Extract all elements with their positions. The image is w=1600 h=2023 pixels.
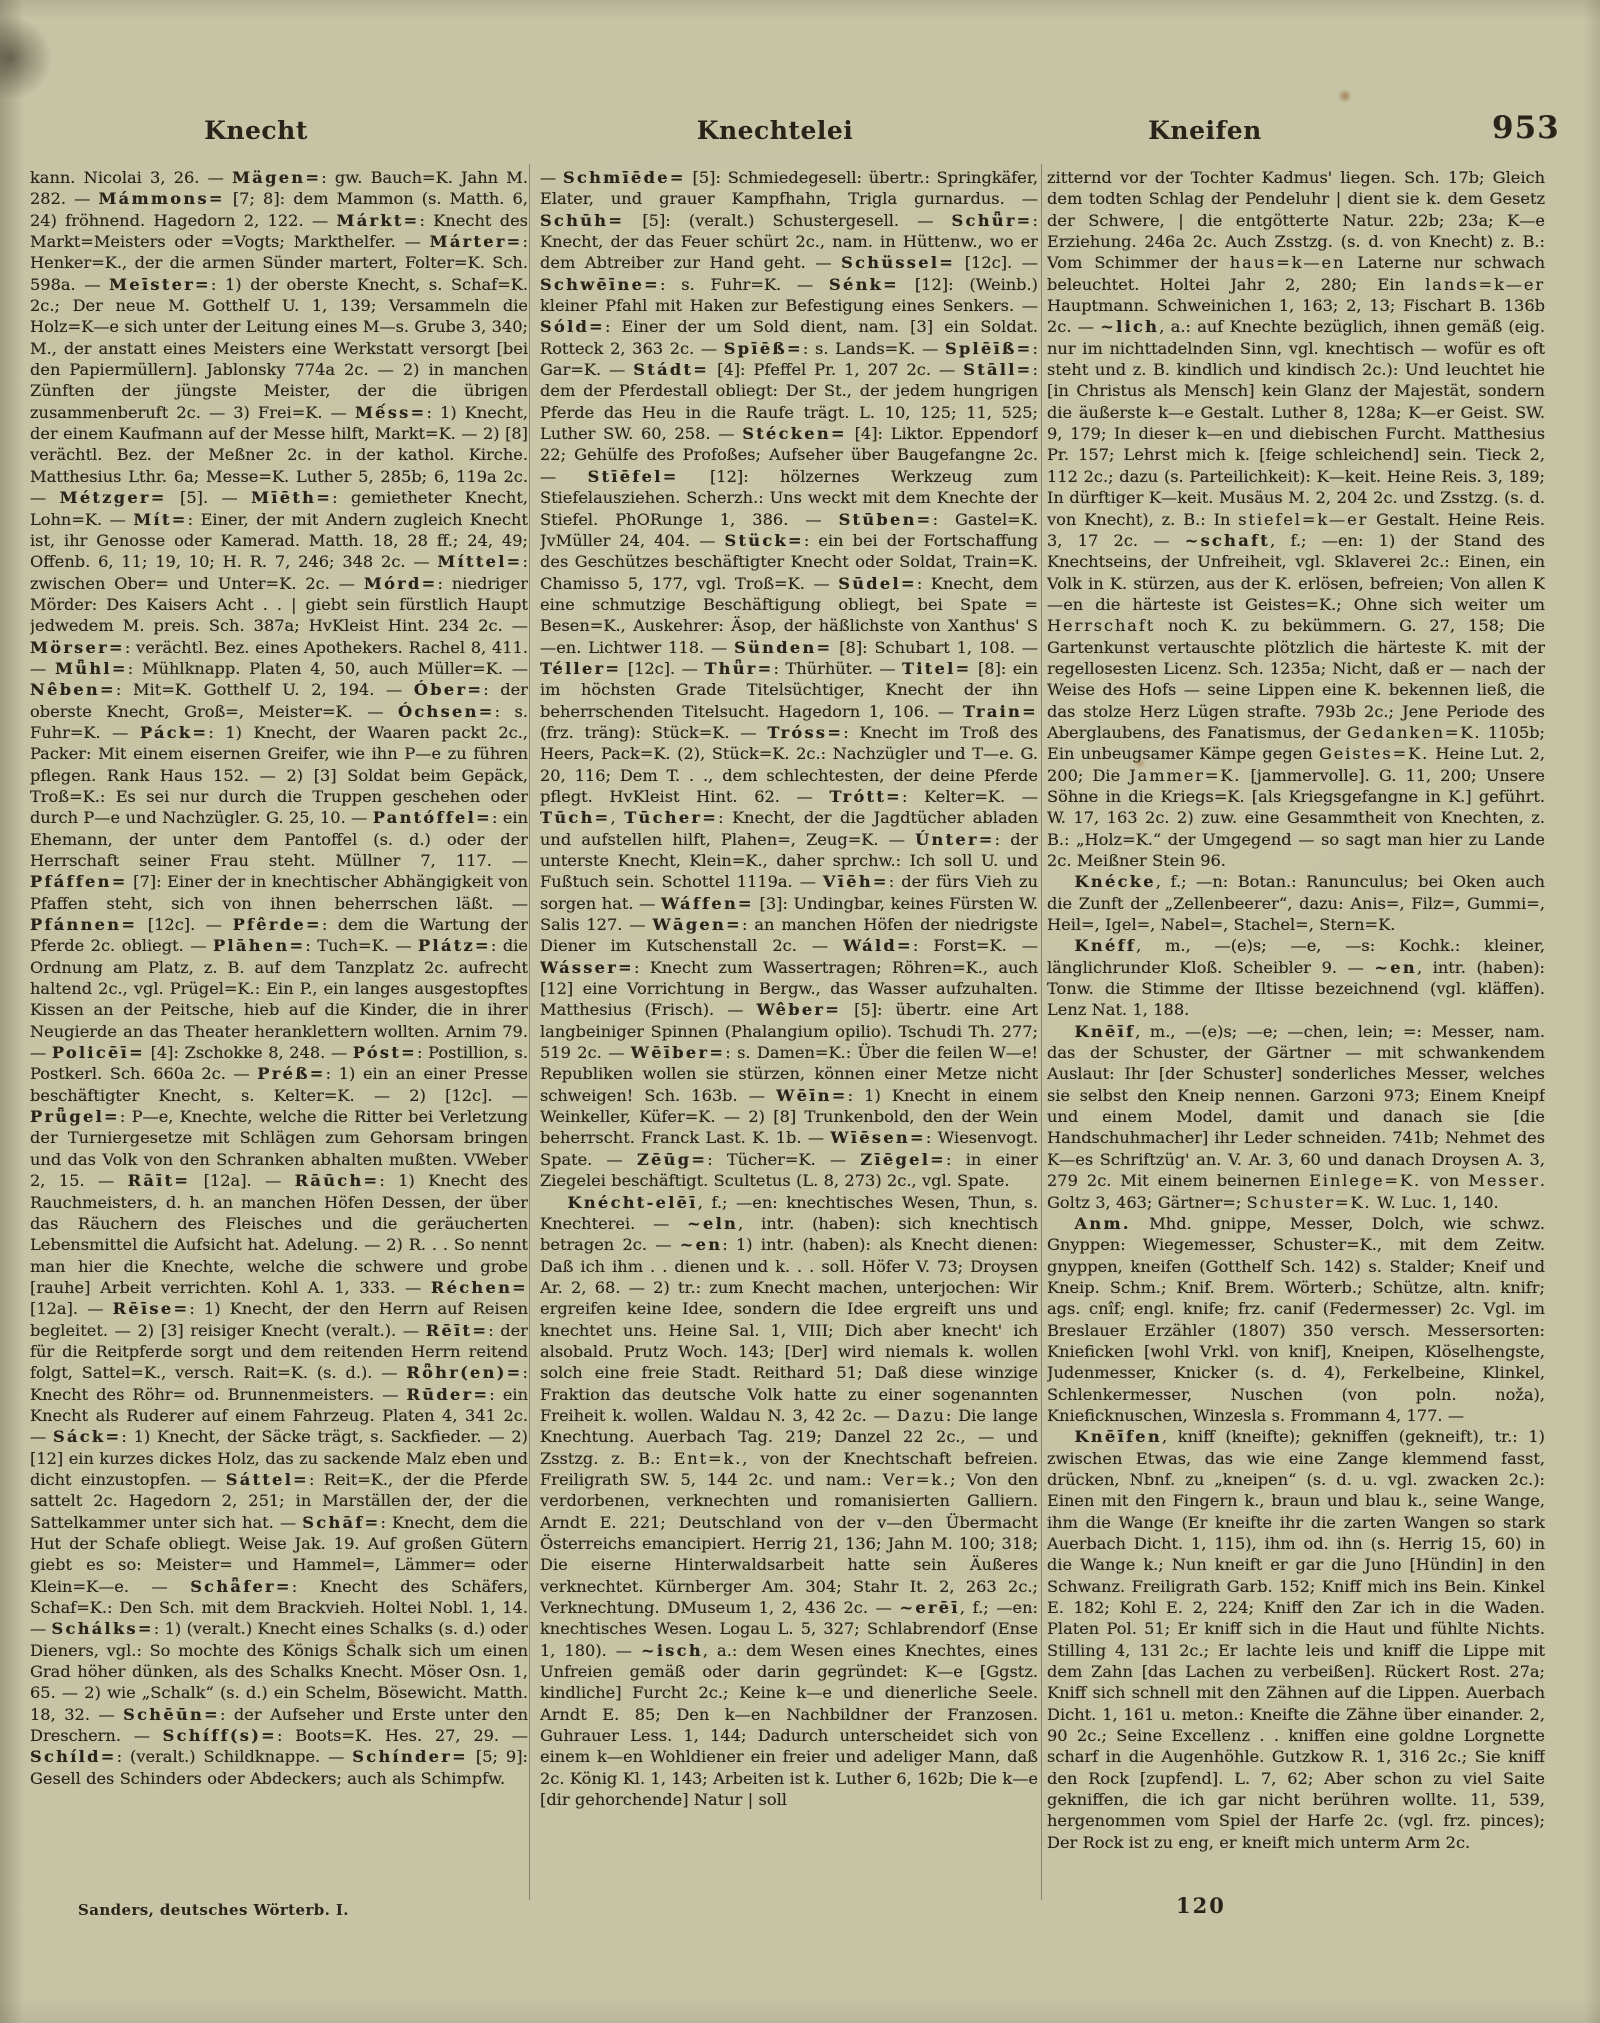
entry-headword: Schǟfer=: [190, 1577, 292, 1596]
entry-headword: Sénk=: [829, 275, 899, 294]
spaced-text: Geistes=K.: [1319, 744, 1429, 763]
entry-headword: Schǖr=: [952, 211, 1033, 230]
entry-headword: Stāll=: [963, 360, 1032, 379]
entry-headword: Mörser=: [30, 638, 125, 657]
entry-headword: Thǖr=: [704, 659, 773, 678]
entry-headword: Knēīfen: [1075, 1427, 1162, 1446]
entry-headword: Míttel=: [437, 552, 522, 571]
entry-headword: ~lich: [1100, 317, 1159, 336]
entry-headword: ~erēī: [900, 1598, 960, 1617]
entry-headword: ~isch: [641, 1641, 703, 1660]
dictionary-paragraph: Knécht-elēī, f.; —en: knechtisches Wesen…: [540, 1192, 1038, 1811]
entry-headword: Knéff: [1075, 936, 1137, 955]
entry-headword: Stīēfel=: [588, 467, 679, 486]
sheet-signature-number: 120: [1176, 1893, 1226, 1918]
entry-headword: Knécke: [1075, 872, 1156, 891]
entry-headword: Vīēh=: [823, 872, 889, 891]
entry-headword: Páck=: [140, 723, 208, 742]
entry-headword: ~en: [1374, 958, 1417, 977]
entry-headword: Schínder=: [352, 1747, 468, 1766]
entry-headword: Márkt=: [337, 211, 420, 230]
entry-headword: Wêber=: [756, 1000, 841, 1019]
entry-headword: Knēīf: [1075, 1022, 1136, 1041]
entry-headword: Wīēsen=: [830, 1128, 925, 1147]
dictionary-paragraph: Knēīfen, kniff (kneifte); gekniffen (gek…: [1047, 1426, 1545, 1853]
entry-headword: Óber=: [414, 680, 483, 699]
entry-headword: Schmīēde=: [563, 168, 686, 187]
entry-headword: Rūder=: [407, 1385, 490, 1404]
entry-headword: Rāīt=: [128, 1171, 191, 1190]
entry-headword: Nêben=: [30, 680, 116, 699]
entry-headword: Mámmons=: [98, 189, 224, 208]
entry-headword: Tūch=: [540, 808, 611, 827]
dictionary-paragraph: zitternd vor der Tochter Kadmus' liegen.…: [1047, 167, 1545, 871]
entry-headword: Wēīber=: [631, 1043, 725, 1062]
entry-headword: Sūdel=: [838, 574, 917, 593]
entry-headword: Schēūn=: [123, 1705, 220, 1724]
entry-headword: Pfánnen=: [30, 915, 137, 934]
spaced-text: Messer: [1468, 1171, 1540, 1190]
spaced-text: Schuster=K.: [1247, 1193, 1372, 1212]
entry-headword: Pfêrde=: [233, 915, 322, 934]
entry-headword: Knécht-elēī: [568, 1193, 698, 1212]
footer-signature: Sanders, deutsches Wörterb. I.: [78, 1901, 349, 1919]
entry-headword: Schūh=: [540, 211, 624, 230]
entry-headword: ~schaft: [1185, 531, 1270, 550]
page-number: 953: [1492, 110, 1560, 146]
text-column-2: — Schmīēde= [5]: Schmiedegesell: übertr.…: [540, 167, 1038, 1907]
entry-headword: Métzger=: [60, 488, 167, 507]
entry-headword: Prǖgel=: [30, 1107, 120, 1126]
entry-headword: Sóld=: [540, 317, 605, 336]
entry-headword: Schálks=: [52, 1619, 154, 1638]
running-title-right: Kneifen: [1148, 116, 1262, 145]
entry-headword: Rȫhr(en)=: [406, 1363, 522, 1382]
running-title-left: Knecht: [204, 116, 308, 145]
entry-headword: Wáld=: [843, 936, 913, 955]
spaced-text: haus=k—en: [1230, 253, 1345, 272]
dictionary-page: Knecht Knechtelei Kneifen 953 kann. Nico…: [0, 0, 1600, 2023]
entry-headword: Schāf=: [302, 1513, 380, 1532]
column-rule-right: [1041, 164, 1042, 1900]
spaced-text: Herrschaft: [1047, 616, 1155, 635]
entry-headword: Mếss=: [355, 403, 427, 422]
spaced-text: stiefel=k—er: [1238, 510, 1368, 529]
entry-headword: Márter=: [430, 232, 523, 251]
entry-headword: Sáck=: [53, 1427, 121, 1446]
entry-headword: Réchen=: [431, 1278, 528, 1297]
entry-headword: Schwēīne=: [540, 275, 660, 294]
entry-headword: Titel=: [902, 659, 971, 678]
spaced-text: Jammer=K.: [1129, 766, 1241, 785]
entry-headword: Tūcher=: [624, 808, 718, 827]
entry-headword: Splēīß=: [945, 339, 1033, 358]
entry-headword: Stécken=: [742, 424, 847, 443]
entry-headword: Póst=: [353, 1043, 417, 1062]
entry-headword: Rāūch=: [295, 1171, 380, 1190]
entry-headword: Óchsen=: [398, 702, 495, 721]
entry-headword: Schíff(s)=: [163, 1726, 277, 1745]
entry-headword: Únter=: [915, 830, 995, 849]
entry-headword: Schíld=: [30, 1747, 117, 1766]
text-column-3: zitternd vor der Tochter Kadmus' liegen.…: [1047, 167, 1545, 1909]
entry-headword: Rēīse=: [113, 1299, 190, 1318]
spaced-text: Ent=k.: [674, 1449, 743, 1468]
entry-headword: Téller=: [540, 659, 621, 678]
entry-headword: Anm.: [1075, 1214, 1131, 1233]
entry-headword: ~eln: [687, 1214, 738, 1233]
entry-headword: Meīster=: [109, 275, 211, 294]
spaced-text: Einlege=K.: [1309, 1171, 1421, 1190]
entry-headword: Sáttel=: [226, 1470, 309, 1489]
dictionary-paragraph: — Schmīēde= [5]: Schmiedegesell: übertr.…: [540, 167, 1038, 1192]
spaced-text: lands=k—er: [1425, 275, 1545, 294]
dictionary-paragraph: Knēīf, m., —(e)s; —e; —chen, lein; =: Me…: [1047, 1021, 1545, 1213]
entry-headword: Wáffen=: [661, 894, 754, 913]
entry-headword: Spīēß=: [724, 339, 803, 358]
entry-headword: ~en: [680, 1235, 723, 1254]
entry-headword: Mǖhl=: [55, 659, 128, 678]
dictionary-paragraph: Knécke, f.; —n: Botan.: Ranunculus; bei …: [1047, 871, 1545, 935]
spaced-text: Ver=k.: [883, 1470, 950, 1489]
entry-headword: Tróss=: [767, 723, 843, 742]
entry-headword: Mít=: [133, 510, 187, 529]
entry-headword: Rēīt=: [426, 1321, 488, 1340]
spaced-text: Dazu: [897, 1406, 946, 1425]
dictionary-paragraph: kann. Nicolai 3, 26. — Mägen=: gw. Bauch…: [30, 167, 528, 1789]
entry-headword: Mīēth=: [251, 488, 332, 507]
entry-headword: Policēī=: [52, 1043, 145, 1062]
entry-headword: Plátz=: [418, 936, 491, 955]
entry-headword: Wēīn=: [776, 1086, 847, 1105]
entry-headword: Pantóffel=: [373, 808, 492, 827]
entry-headword: Mägen=: [232, 168, 321, 187]
entry-headword: Stūben=: [839, 510, 933, 529]
dictionary-paragraph: Anm. Mhd. gnippe, Messer, Dolch, wie sch…: [1047, 1213, 1545, 1426]
entry-headword: Plāhen=: [213, 936, 305, 955]
entry-headword: Préß=: [257, 1064, 325, 1083]
dictionary-paragraph: Knéff, m., —(e)s; —e, —s: Kochk.: kleine…: [1047, 935, 1545, 1020]
entry-headword: Wāgen=: [653, 915, 742, 934]
entry-headword: Stück=: [724, 531, 803, 550]
entry-headword: Trótt=: [829, 787, 902, 806]
entry-headword: Zēūg=: [637, 1150, 707, 1169]
entry-headword: Schüssel=: [841, 253, 955, 272]
column-rule-left: [529, 164, 530, 1900]
entry-headword: Train=: [963, 702, 1038, 721]
entry-headword: Mórd=: [364, 574, 438, 593]
text-column-1: kann. Nicolai 3, 26. — Mägen=: gw. Bauch…: [30, 167, 528, 1907]
entry-headword: Pfáffen=: [30, 872, 128, 891]
entry-headword: Wásser=: [540, 958, 634, 977]
running-title-center: Knechtelei: [697, 116, 854, 145]
entry-headword: Sünden=: [734, 638, 832, 657]
entry-headword: Zīēgel=: [860, 1150, 946, 1169]
spaced-text: Gedanken=K.: [1347, 723, 1481, 742]
entry-headword: Stádt=: [633, 360, 709, 379]
